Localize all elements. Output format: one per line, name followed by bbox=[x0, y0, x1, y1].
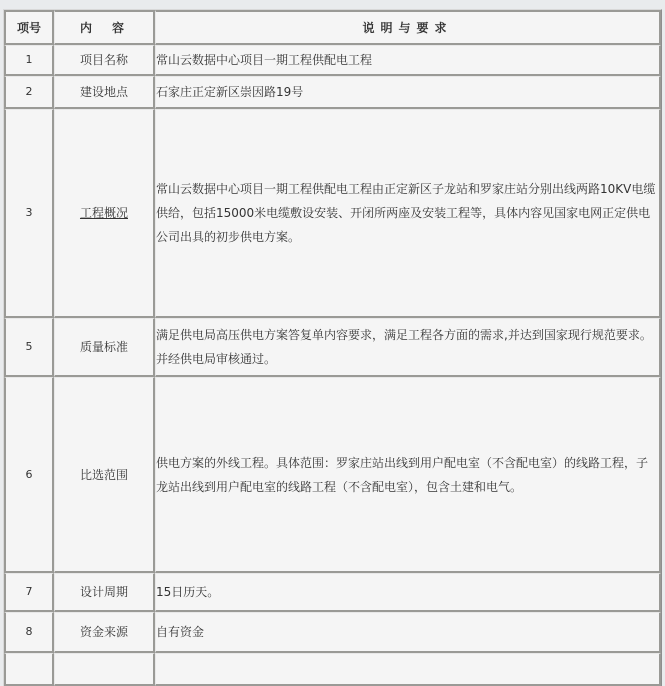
row-description: 自有资金 bbox=[155, 612, 661, 653]
row-description: 常山云数据中心项目一期工程供配电工程由正定新区子龙站和罗家庄站分别出线两路10K… bbox=[155, 109, 661, 318]
table-row: 5 质量标准 满足供电局高压供电方案答复单内容要求，满足工程各方面的需求,并达到… bbox=[4, 318, 661, 377]
table-header-row: 项号 内 容 说明与要求 bbox=[4, 10, 661, 45]
row-description: 满足供电局高压供电方案答复单内容要求，满足工程各方面的需求,并达到国家现行规范要… bbox=[155, 318, 661, 377]
row-description: 供电方案的外线工程。具体范围：罗家庄站出线到用户配电室（不含配电室）的线路工程，… bbox=[155, 377, 661, 573]
requirements-table: 项号 内 容 说明与要求 1 项目名称 常山云数据中心项目一期工程供配电工程 2… bbox=[3, 9, 662, 655]
row-number: 2 bbox=[4, 76, 54, 109]
row-item: 资金来源 bbox=[54, 612, 155, 653]
row-item: 项目名称 bbox=[54, 45, 155, 76]
table-row: 8 资金来源 自有资金 bbox=[4, 612, 661, 653]
table-row: 6 比选范围 供电方案的外线工程。具体范围：罗家庄站出线到用户配电室（不含配电室… bbox=[4, 377, 661, 573]
document-container: 项号 内 容 说明与要求 1 项目名称 常山云数据中心项目一期工程供配电工程 2… bbox=[3, 9, 662, 655]
table-row: 1 项目名称 常山云数据中心项目一期工程供配电工程 bbox=[4, 45, 661, 76]
row-number: 6 bbox=[4, 377, 54, 573]
project-overview-link[interactable]: 工程概况 bbox=[80, 206, 128, 220]
table-row: 7 设计周期 15日历天。 bbox=[4, 573, 661, 612]
row-number: 3 bbox=[4, 109, 54, 318]
table-row: 3 工程概况 常山云数据中心项目一期工程供配电工程由正定新区子龙站和罗家庄站分别… bbox=[4, 109, 661, 318]
table-row: 2 建设地点 石家庄正定新区崇因路19号 bbox=[4, 76, 661, 109]
row-item: 质量标准 bbox=[54, 318, 155, 377]
header-description: 说明与要求 bbox=[155, 10, 661, 45]
row-number: 7 bbox=[4, 573, 54, 612]
row-item: 设计周期 bbox=[54, 573, 155, 612]
row-item: 比选范围 bbox=[54, 377, 155, 573]
header-content: 内 容 bbox=[54, 10, 155, 45]
row-description: 15日历天。 bbox=[155, 573, 661, 612]
row-number: 1 bbox=[4, 45, 54, 76]
row-item: 建设地点 bbox=[54, 76, 155, 109]
row-number: 5 bbox=[4, 318, 54, 377]
row-item-cell: 工程概况 bbox=[54, 109, 155, 318]
row-number: 8 bbox=[4, 612, 54, 653]
row-description: 常山云数据中心项目一期工程供配电工程 bbox=[155, 45, 661, 76]
header-item-number: 项号 bbox=[4, 10, 54, 45]
row-description: 石家庄正定新区崇因路19号 bbox=[155, 76, 661, 109]
